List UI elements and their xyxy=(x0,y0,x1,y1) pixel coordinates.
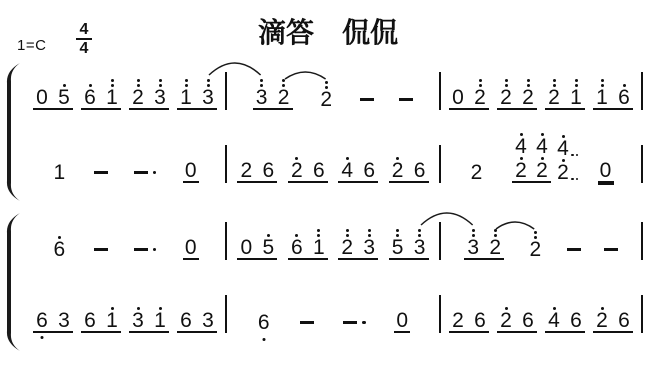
note-digit: 3 xyxy=(256,88,268,108)
note-digit: 6 xyxy=(180,311,192,331)
note: 6 xyxy=(36,298,48,331)
note-digit: 4 xyxy=(341,161,353,181)
chord-group: 424242 xyxy=(512,133,570,183)
note: 0 xyxy=(36,75,48,108)
note: 2 xyxy=(452,298,464,331)
note-digit: 2 xyxy=(132,88,144,108)
note: 1 xyxy=(596,75,608,108)
octave-dot xyxy=(325,81,328,84)
note: 1 xyxy=(106,75,118,108)
note-digit: 1 xyxy=(313,238,325,258)
note: 6 xyxy=(618,75,630,108)
measure: 24242420 xyxy=(441,139,641,183)
note-single: 2 xyxy=(469,150,485,183)
beam-group: 63 xyxy=(177,298,217,333)
octave-dot xyxy=(534,231,537,234)
note-digit: 2 xyxy=(320,90,332,110)
note-digit: 6 xyxy=(618,311,630,331)
beam-group: 13 xyxy=(177,75,217,110)
note: 6 xyxy=(53,227,65,260)
note: 2 xyxy=(320,77,332,110)
dash-line xyxy=(134,171,148,174)
note-digit: 0 xyxy=(185,161,197,181)
note-digit: 2 xyxy=(548,88,560,108)
beam-group: 16 xyxy=(593,75,633,110)
rest: 0 xyxy=(598,148,614,183)
note-digit: 6 xyxy=(291,238,303,258)
octave-dot xyxy=(262,338,265,341)
measure: 60 xyxy=(25,216,225,260)
note-digit: 6 xyxy=(363,161,375,181)
barline xyxy=(641,72,643,110)
note: 2 xyxy=(132,75,144,108)
note-digit: 6 xyxy=(474,311,486,331)
note: 2 xyxy=(548,75,560,108)
octave-dot xyxy=(185,79,188,82)
dash-line xyxy=(343,321,357,324)
barline xyxy=(641,222,643,260)
note-digit: 6 xyxy=(570,311,582,331)
note-digit: 3 xyxy=(132,311,144,331)
note: 2 xyxy=(474,75,486,108)
octave-dot xyxy=(418,229,421,232)
note: 6 xyxy=(313,148,325,181)
note-single: 1 xyxy=(51,150,67,183)
measure: 60 xyxy=(227,289,439,333)
octave-dot xyxy=(479,79,482,82)
note: 6 xyxy=(363,148,375,181)
note-digit: 2 xyxy=(392,161,404,181)
note-digit: 1 xyxy=(154,311,166,331)
note: 3 xyxy=(202,75,214,108)
note-digit: 3 xyxy=(467,238,479,258)
note-digit: 4 xyxy=(548,311,560,331)
beam-group: 02 xyxy=(449,75,489,110)
dash-line xyxy=(604,248,618,251)
barline xyxy=(641,295,643,333)
measure: 322 xyxy=(441,216,641,260)
note-digit: 6 xyxy=(618,88,630,108)
note: 4 xyxy=(536,133,548,157)
note: 3 xyxy=(202,298,214,331)
note-digit: 6 xyxy=(53,240,65,260)
beam-group: 26 xyxy=(497,298,537,333)
staff-line: 636131636026264626 xyxy=(25,289,643,333)
note-digit: 2 xyxy=(500,311,512,331)
staff-line: 102626462624242420 xyxy=(25,139,643,183)
note: 0 xyxy=(452,75,464,108)
note: 4 xyxy=(548,298,560,331)
measure: 05612353 xyxy=(227,216,439,260)
octave-dot xyxy=(527,79,530,82)
note-digit: 2 xyxy=(471,163,483,183)
octave-dot xyxy=(601,79,604,82)
measure: 26264626 xyxy=(227,139,439,183)
note: 2 xyxy=(240,148,252,181)
note: 6 xyxy=(84,75,96,108)
beam-group: 46 xyxy=(545,298,585,333)
octave-dot xyxy=(576,178,579,181)
augmentation-dot xyxy=(153,171,157,175)
dash-note xyxy=(604,248,618,260)
note-digit: 6 xyxy=(84,88,96,108)
beam-group: 23 xyxy=(338,225,378,260)
note-digit: 4 xyxy=(515,137,527,157)
octave-dot xyxy=(41,336,44,339)
note-digit: 6 xyxy=(258,313,270,333)
dash-note xyxy=(360,98,374,110)
note: 2 xyxy=(291,148,303,181)
note: 3 xyxy=(58,298,70,331)
note-digit: 2 xyxy=(452,311,464,331)
rest: 0 xyxy=(394,298,410,333)
note-digit: 3 xyxy=(202,311,214,331)
system-bracket xyxy=(4,213,22,351)
octave-dot xyxy=(571,178,574,181)
note: 2 xyxy=(341,225,353,258)
note: 5 xyxy=(392,225,404,258)
note-digit: 2 xyxy=(474,88,486,108)
chord: 42 xyxy=(515,133,527,181)
dash-line xyxy=(360,98,374,101)
note: 2 xyxy=(392,148,404,181)
system: 6005612353322636131636026264626 xyxy=(0,211,656,361)
dash-line xyxy=(94,248,108,251)
note-digit: 6 xyxy=(263,161,275,181)
beam-group: 61 xyxy=(288,225,328,260)
chord: 42 xyxy=(536,133,548,181)
note: 1 xyxy=(106,298,118,331)
note-single: 6 xyxy=(256,300,272,333)
note-digit: 1 xyxy=(570,88,582,108)
dash-line xyxy=(134,248,148,251)
staff-line: 0561231332202222116 xyxy=(25,66,643,110)
note: 0 xyxy=(240,225,252,258)
beam-group: 05 xyxy=(33,75,73,110)
note: 2 xyxy=(278,75,290,108)
beam-group: 26 xyxy=(449,298,489,333)
beam-group: 31 xyxy=(129,298,169,333)
note-single: 2 xyxy=(318,77,334,110)
barline xyxy=(641,145,643,183)
note: 3 xyxy=(363,225,375,258)
measure: 63613163 xyxy=(25,289,225,333)
note-digit: 0 xyxy=(396,311,408,331)
note-digit: 5 xyxy=(263,238,275,258)
augmentation-dots xyxy=(571,178,578,181)
octave-dot xyxy=(575,79,578,82)
octave-dot xyxy=(260,79,263,82)
note: 0 xyxy=(185,225,197,258)
note: 3 xyxy=(256,75,268,108)
note: 0 xyxy=(600,148,612,181)
measure: 10 xyxy=(25,139,225,183)
note: 5 xyxy=(58,75,70,108)
note: 2 xyxy=(489,225,501,258)
augmentation-dot xyxy=(153,248,157,252)
note-digit: 2 xyxy=(500,88,512,108)
note-digit: 1 xyxy=(596,88,608,108)
note: 3 xyxy=(467,225,479,258)
note-digit: 6 xyxy=(36,311,48,331)
octave-dot xyxy=(111,79,114,82)
augmentation-dots xyxy=(571,154,578,157)
note-digit: 6 xyxy=(414,161,426,181)
note-digit: 2 xyxy=(536,161,548,181)
note: 2 xyxy=(515,157,527,181)
note: 6 xyxy=(570,298,582,331)
note: 1 xyxy=(313,225,325,258)
note-digit: 0 xyxy=(452,88,464,108)
beam-group: 26 xyxy=(288,148,328,183)
octave-dot xyxy=(317,229,320,232)
measure: 322 xyxy=(227,66,439,110)
staff-line: 6005612353322 xyxy=(25,216,643,260)
note-digit: 4 xyxy=(557,139,569,159)
system-bracket xyxy=(4,63,22,201)
note-digit: 0 xyxy=(241,238,253,258)
beam-group: 21 xyxy=(545,75,585,110)
note: 3 xyxy=(154,75,166,108)
note-digit: 2 xyxy=(596,311,608,331)
octave-dot xyxy=(159,79,162,82)
note: 5 xyxy=(262,225,274,258)
dash-note xyxy=(134,248,157,261)
note: 0 xyxy=(396,298,408,331)
note-digit: 6 xyxy=(522,311,534,331)
rest: 0 xyxy=(183,225,199,260)
note: 3 xyxy=(132,298,144,331)
note-digit: 0 xyxy=(36,88,48,108)
note: 6 xyxy=(258,300,270,333)
octave-dot xyxy=(472,229,475,232)
note-digit: 3 xyxy=(202,88,214,108)
page-title: 滴答 侃侃 xyxy=(0,11,656,51)
note-digit: 1 xyxy=(106,311,118,331)
note-digit: 2 xyxy=(341,238,353,258)
note-digit: 2 xyxy=(489,238,501,258)
note: 1 xyxy=(53,150,65,183)
note: 2 xyxy=(557,159,569,183)
note-digit: 5 xyxy=(392,238,404,258)
note: 6 xyxy=(262,148,274,181)
note-digit: 1 xyxy=(53,163,65,183)
beam-group: 05 xyxy=(237,225,277,260)
dash-note xyxy=(343,321,366,334)
measure: 26264626 xyxy=(441,289,641,333)
note-digit: 2 xyxy=(557,163,569,183)
note-single: 6 xyxy=(51,227,67,260)
octave-dot xyxy=(346,229,349,232)
note: 4 xyxy=(341,148,353,181)
note: 2 xyxy=(529,227,541,260)
note: 2 xyxy=(500,298,512,331)
octave-dot xyxy=(207,79,210,82)
measure: 02222116 xyxy=(441,66,641,110)
octave-dot xyxy=(576,154,579,157)
note-digit: 6 xyxy=(84,311,96,331)
dash-line xyxy=(94,171,108,174)
dash-note xyxy=(134,171,157,184)
note-digit: 4 xyxy=(536,137,548,157)
measure: 05612313 xyxy=(25,66,225,110)
beam-group: 61 xyxy=(81,298,121,333)
dash-note xyxy=(94,248,108,260)
note: 2 xyxy=(596,298,608,331)
dash-note xyxy=(567,248,581,260)
note: 6 xyxy=(291,225,303,258)
note-digit: 3 xyxy=(414,238,426,258)
dash-line xyxy=(300,321,314,324)
note: 6 xyxy=(180,298,192,331)
note: 2 xyxy=(536,157,548,181)
note-digit: 3 xyxy=(363,238,375,258)
note: 6 xyxy=(474,298,486,331)
beam-group: 26 xyxy=(389,148,429,183)
chord: 42 xyxy=(557,135,569,183)
note-digit: 2 xyxy=(278,88,290,108)
note-single: 2 xyxy=(527,227,543,260)
beam-group: 26 xyxy=(237,148,277,183)
beam-group: 61 xyxy=(81,75,121,110)
note-digit: 3 xyxy=(154,88,166,108)
note-digit: 2 xyxy=(515,161,527,181)
note-digit: 6 xyxy=(313,161,325,181)
note: 1 xyxy=(570,75,582,108)
note: 4 xyxy=(557,135,569,159)
note: 4 xyxy=(515,133,527,157)
beam-group: 32 xyxy=(464,225,504,260)
note: 2 xyxy=(471,150,483,183)
dash-note xyxy=(300,321,314,333)
note: 6 xyxy=(414,148,426,181)
octave-dot xyxy=(137,79,140,82)
octave-dot xyxy=(368,229,371,232)
note-digit: 0 xyxy=(185,238,197,258)
octave-dot xyxy=(571,154,574,157)
octave-dot xyxy=(494,229,497,232)
note-digit: 2 xyxy=(522,88,534,108)
chord-beam: 4242 xyxy=(512,133,551,183)
note-digit: 1 xyxy=(106,88,118,108)
note-digit: 1 xyxy=(180,88,192,108)
note: 2 xyxy=(522,75,534,108)
note: 6 xyxy=(522,298,534,331)
dash-note xyxy=(399,98,413,110)
octave-dot xyxy=(505,79,508,82)
octave-dot xyxy=(282,79,285,82)
note: 1 xyxy=(180,75,192,108)
note-digit: 2 xyxy=(241,161,253,181)
note: 1 xyxy=(154,298,166,331)
note-digit: 3 xyxy=(58,311,70,331)
note-digit: 2 xyxy=(291,161,303,181)
beam-group: 53 xyxy=(389,225,429,260)
beam-group: 22 xyxy=(497,75,537,110)
system: 0561231332202222116102626462624242420 xyxy=(0,61,656,211)
dash-line xyxy=(399,98,413,101)
note: 3 xyxy=(414,225,426,258)
dash-line xyxy=(567,248,581,251)
note-digit: 5 xyxy=(58,88,70,108)
sheet-music-page: 1=C 4 4 滴答 侃侃 05612313322022221161026264… xyxy=(0,0,656,369)
augmentation-dot xyxy=(362,321,366,325)
note: 0 xyxy=(185,148,197,181)
octave-dot xyxy=(396,229,399,232)
dash-note xyxy=(94,171,108,183)
beam-group: 32 xyxy=(253,75,293,110)
octave-dot xyxy=(553,79,556,82)
note-digit: 2 xyxy=(530,240,542,260)
beam-group: 63 xyxy=(33,298,73,333)
rest: 0 xyxy=(183,148,199,183)
beam-group: 46 xyxy=(338,148,378,183)
note-digit: 0 xyxy=(600,161,612,181)
beam-group: 26 xyxy=(593,298,633,333)
note: 6 xyxy=(84,298,96,331)
note: 2 xyxy=(500,75,512,108)
beam-group: 23 xyxy=(129,75,169,110)
note: 6 xyxy=(618,298,630,331)
